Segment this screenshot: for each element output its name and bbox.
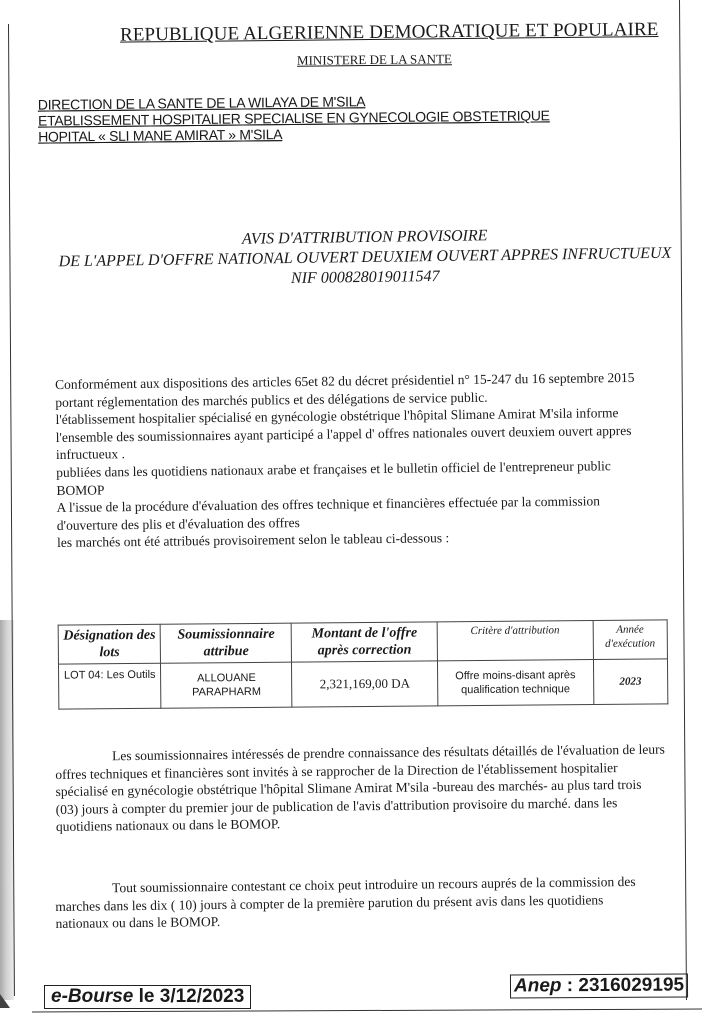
table-header-row: Désignation des lots Soumissionnaire att… <box>58 620 667 664</box>
cell-year: 2023 <box>593 659 668 705</box>
anep-label: Anep <box>514 975 562 996</box>
notice-title: AVIS D'ATTRIBUTION PROVISOIRE DE L'APPEL… <box>40 223 691 292</box>
organization-block: DIRECTION DE LA SANTE DE LA WILAYA DE M'… <box>38 91 550 144</box>
intro-paragraph: Conformément aux dispositions des articl… <box>55 369 637 552</box>
cell-amount: 2,321,169,00 DA <box>292 661 438 707</box>
anep-number: : 2316029195 <box>561 975 684 997</box>
page-border-right <box>679 0 687 1000</box>
source-stamp: e-Bourse le 3/12/2023 <box>44 985 251 1009</box>
award-table: Désignation des lots Soumissionnaire att… <box>58 619 669 709</box>
ministry-heading: MINISTERE DE LA SANTE <box>297 51 452 69</box>
col-header-amount: Montant de l'offre après correction <box>291 622 437 662</box>
cell-criterion: Offre moins-disant après qualification t… <box>437 659 593 705</box>
col-header-year: Année d'exécution <box>593 620 668 660</box>
results-notice-paragraph: Les soumissionnaires intéressés de prend… <box>55 741 666 836</box>
anep-stamp: Anep : 2316029195 <box>510 974 688 999</box>
cell-bidder: ALLOUANE PARAPHARM <box>161 662 292 708</box>
col-header-criterion: Critère d'attribution <box>437 620 593 660</box>
table-row: LOT 04: Les Outils ALLOUANE PARAPHARM 2,… <box>58 659 667 709</box>
source-brand: e-Bourse <box>51 986 133 1007</box>
cell-lot: LOT 04: Les Outils <box>58 663 161 709</box>
col-header-lot: Désignation des lots <box>58 624 161 664</box>
republic-heading: REPUBLIQUE ALGERIENNE DEMOCRATIQUE ET PO… <box>120 19 620 46</box>
appeal-notice-paragraph: Tout soumissionnaire contestant ce choix… <box>55 873 636 933</box>
source-date: le 3/12/2023 <box>133 986 244 1007</box>
col-header-bidder: Soumissionnaire attribue <box>160 623 291 663</box>
page-border-bottom <box>32 1009 702 1013</box>
